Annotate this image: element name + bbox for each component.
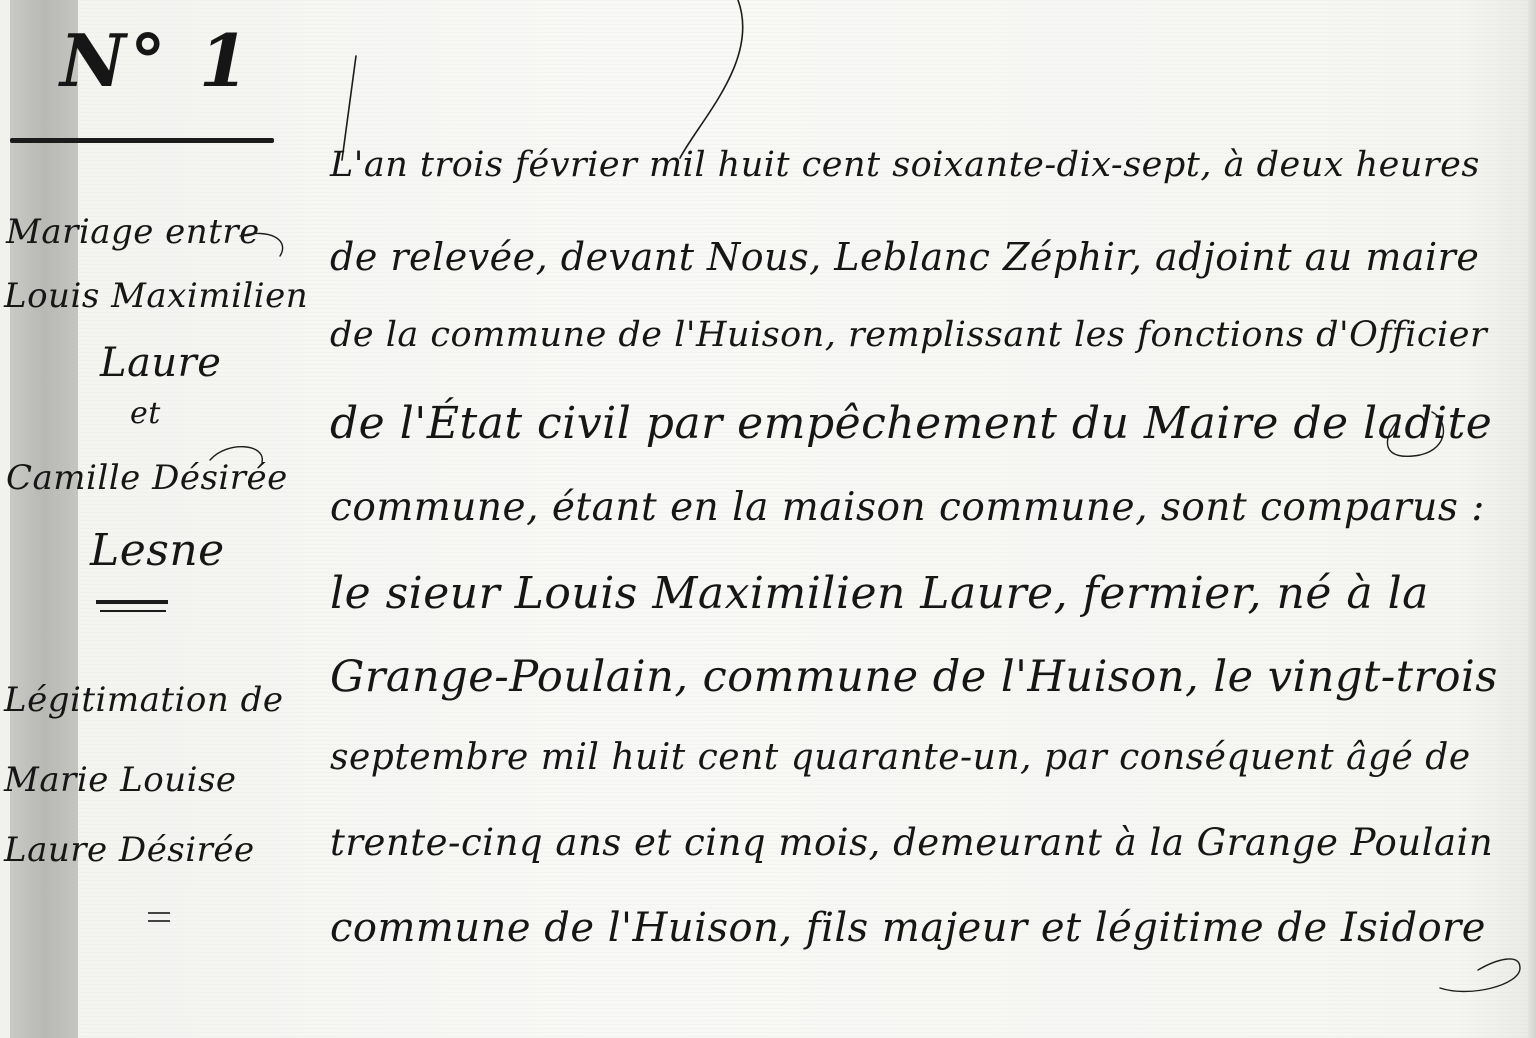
body-line: septembre mil huit cent quarante-un, par… [330, 740, 1471, 776]
margin-note: Louis Maximilien [4, 276, 308, 316]
body-line: de relevée, devant Nous, Leblanc Zéphir,… [330, 238, 1479, 276]
margin-separator [96, 600, 168, 604]
margin-end-mark [148, 920, 170, 922]
body-line: L'an trois février mil huit cent soixant… [330, 148, 1480, 183]
margin-note: Légitimation de [4, 680, 283, 720]
record-number: N° 1 [60, 18, 253, 103]
margin-end-mark [148, 912, 170, 914]
body-line: commune, étant en la maison commune, son… [330, 488, 1485, 527]
margin-note: Laure Désirée [4, 830, 255, 870]
body-line: le sieur Louis Maximilien Laure, fermier… [330, 572, 1429, 616]
body-line: Grange-Poulain, commune de l'Huison, le … [330, 656, 1498, 699]
margin-note: Lesne [90, 525, 225, 576]
margin-note: et [130, 396, 161, 431]
body-line: de l'État civil par empêchement du Maire… [330, 402, 1492, 446]
body-line: trente-cinq ans et cinq mois, demeurant … [330, 824, 1493, 861]
margin-note: Mariage entre [6, 212, 260, 252]
binding-strip [10, 0, 78, 1038]
margin-note: Marie Louise [4, 760, 237, 800]
page-edge-right [1528, 0, 1536, 1038]
body-line: de la commune de l'Huison, remplissant l… [330, 318, 1487, 353]
margin-separator [100, 610, 166, 612]
body-line: commune de l'Huison, fils majeur et légi… [330, 908, 1486, 948]
margin-note: Camille Désirée [6, 458, 288, 498]
header-rule [10, 138, 274, 143]
page-edge-left [0, 0, 10, 1038]
margin-note: Laure [100, 340, 221, 386]
